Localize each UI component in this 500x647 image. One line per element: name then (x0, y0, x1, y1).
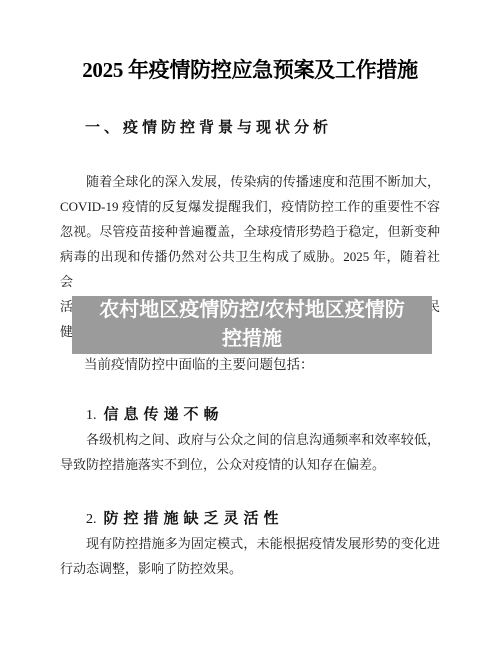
document-title: 2025 年疫情防控应急预案及工作措施 (60, 56, 440, 84)
overlay-banner-text-line-2: 控措施 (222, 325, 282, 354)
item-1-heading: 1.信息传递不畅 (60, 404, 440, 427)
overlay-banner: 农村地区疫情防控/农村地区疫情防 控措施 (72, 296, 432, 354)
text-line: 行动态调整，影响了防控效果。 (60, 556, 440, 581)
section-heading: 一、疫情防控背景与现状分析 (60, 116, 440, 140)
overlay-banner-text-line-1: 农村地区疫情防控/农村地区疫情防 (99, 296, 405, 325)
text-line: 现有防控措施多为固定模式，未能根据疫情发展形势的变化进 (60, 531, 440, 556)
item-1-heading-text: 信息传递不畅 (104, 406, 224, 423)
text-line: 病毒的出现和传播仍然对公共卫生构成了威胁。2025 年，随着社会 (60, 244, 440, 294)
document-page: 2025 年疫情防控应急预案及工作措施 一、疫情防控背景与现状分析 随着全球化的… (0, 0, 500, 647)
item-1-body: 各级机构之间、政府与公众之间的信息沟通频率和效率较低，导致防控措施落实不到位，公… (60, 427, 440, 477)
text-line: 忽视。尽管疫苗接种普遍覆盖，全球疫情形势趋于稳定，但新变种 (60, 219, 440, 244)
text-line: COVID-19 疫情的反复爆发提醒我们，疫情防控工作的重要性不容 (60, 194, 440, 219)
text-line: 导致防控措施落实不到位，公众对疫情的认知存在偏差。 (60, 452, 440, 477)
item-2-body: 现有防控措施多为固定模式，未能根据疫情发展形势的变化进行动态调整，影响了防控效果… (60, 531, 440, 581)
text-line: 各级机构之间、政府与公众之间的信息沟通频率和效率较低， (60, 427, 440, 452)
lead-line: 当前疫情防控中面临的主要问题包括： (60, 352, 440, 377)
item-2-heading: 2.防控措施缺乏灵活性 (60, 508, 440, 531)
item-2-number: 2. (86, 512, 97, 527)
item-1-number: 1. (86, 408, 97, 423)
item-2-heading-text: 防控措施缺乏灵活性 (104, 510, 284, 527)
text-line: 随着全球化的深入发展，传染病的传播速度和范围不断加大， (60, 169, 440, 194)
